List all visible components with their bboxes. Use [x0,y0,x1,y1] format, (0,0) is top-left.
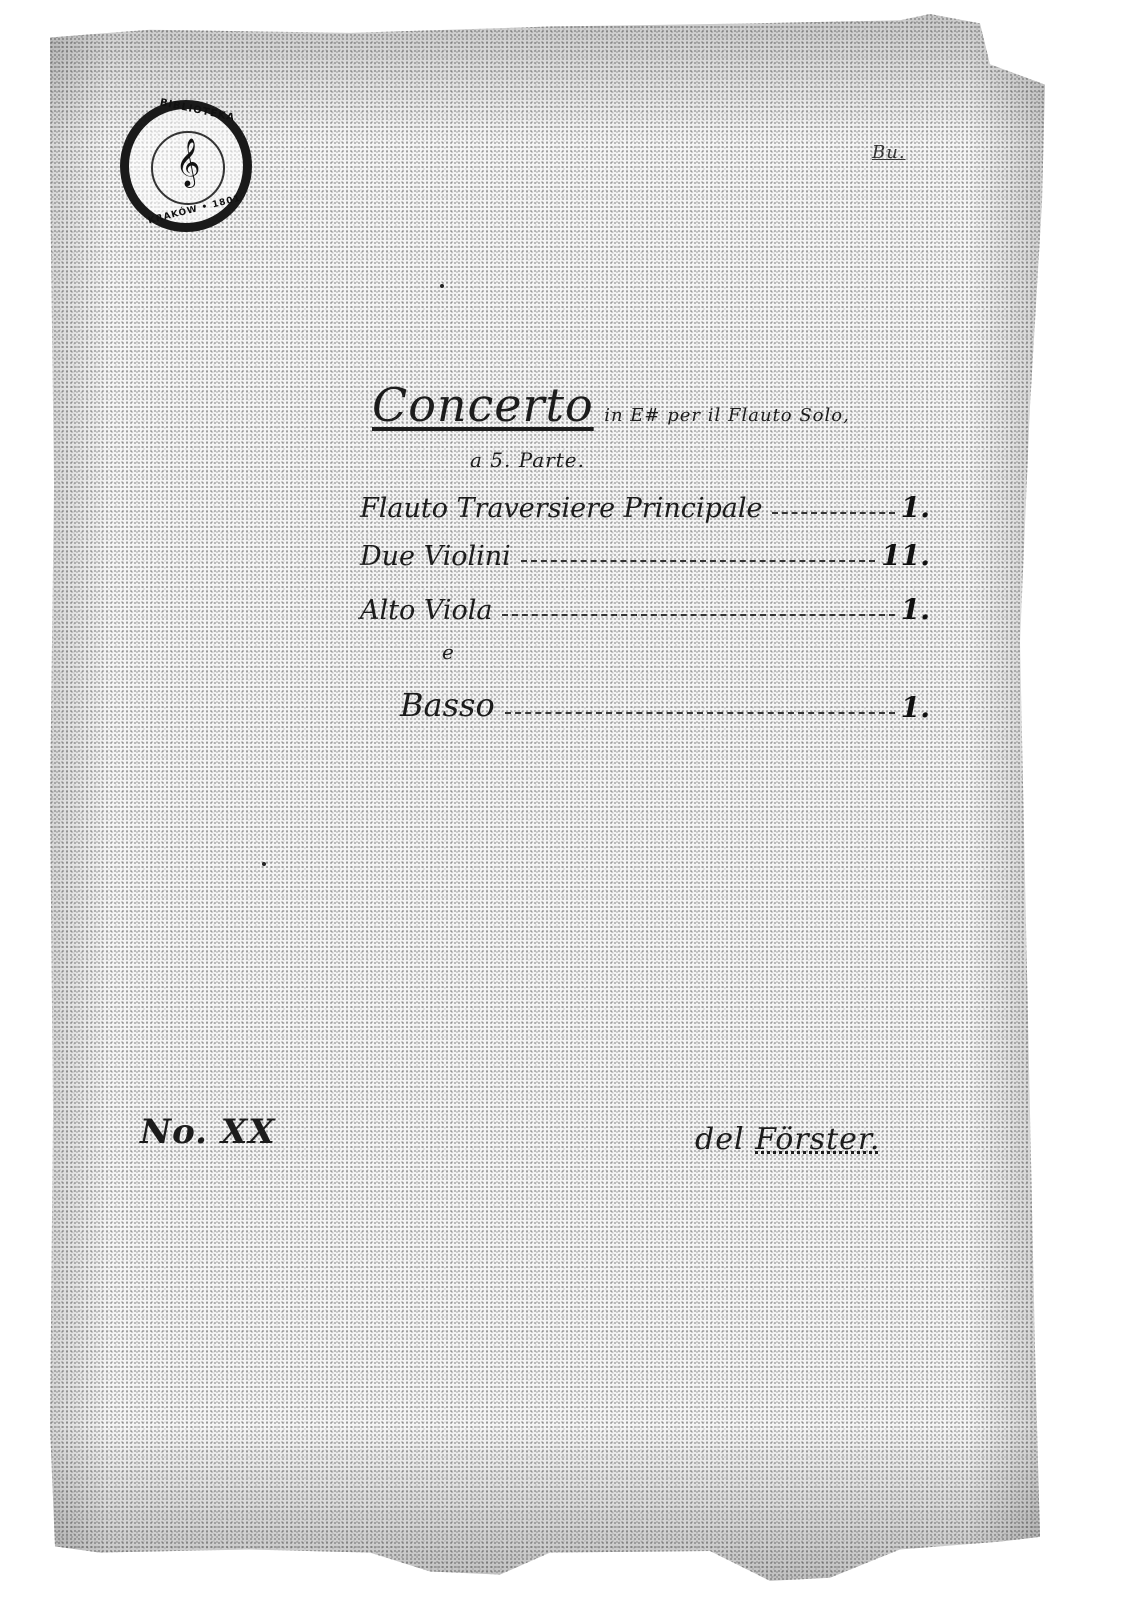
part-row: Due Violini 11. [360,532,930,572]
part-count: 1. [901,691,930,724]
ink-speck [440,284,444,288]
ink-speck [262,862,266,866]
composer: del Förster. [695,1122,880,1157]
leader-line [502,614,894,616]
part-row: Flauto Traversiere Principale 1. [360,484,930,524]
part-name: Alto Viola [360,595,492,626]
title-word: Concerto [372,378,594,432]
subtitle: a 5. Parte. [470,448,585,472]
title: Concerto in E# per il Flauto Solo, [372,378,850,432]
manuscript-page [50,14,1050,1584]
part-name: Flauto Traversiere Principale [360,493,762,524]
stamp-emblem-ring: 𝄞 [151,131,225,205]
composer-prefix: del [695,1122,745,1157]
conjunction: e [442,640,455,664]
part-row: Alto Viola 1. [360,586,930,626]
shelfmark: Bu. [872,142,906,163]
lyre-icon: 𝄞 [153,141,223,183]
leader-line [521,560,875,562]
catalogue-number: No. XX [140,1112,276,1152]
library-stamp: BIBLIOTEKA 𝄞 KRAKÓW • 1801 [120,100,252,232]
part-count: 1. [901,491,930,524]
composer-name: Förster. [755,1122,880,1157]
part-row: Basso 1. [400,684,930,724]
part-count: 11. [881,539,930,572]
leader-line [772,512,894,514]
part-name: Basso [400,686,495,724]
leader-line [505,712,895,714]
title-rest: in E# per il Flauto Solo, [604,405,850,426]
part-name: Due Violini [360,541,511,572]
part-count: 1. [901,593,930,626]
